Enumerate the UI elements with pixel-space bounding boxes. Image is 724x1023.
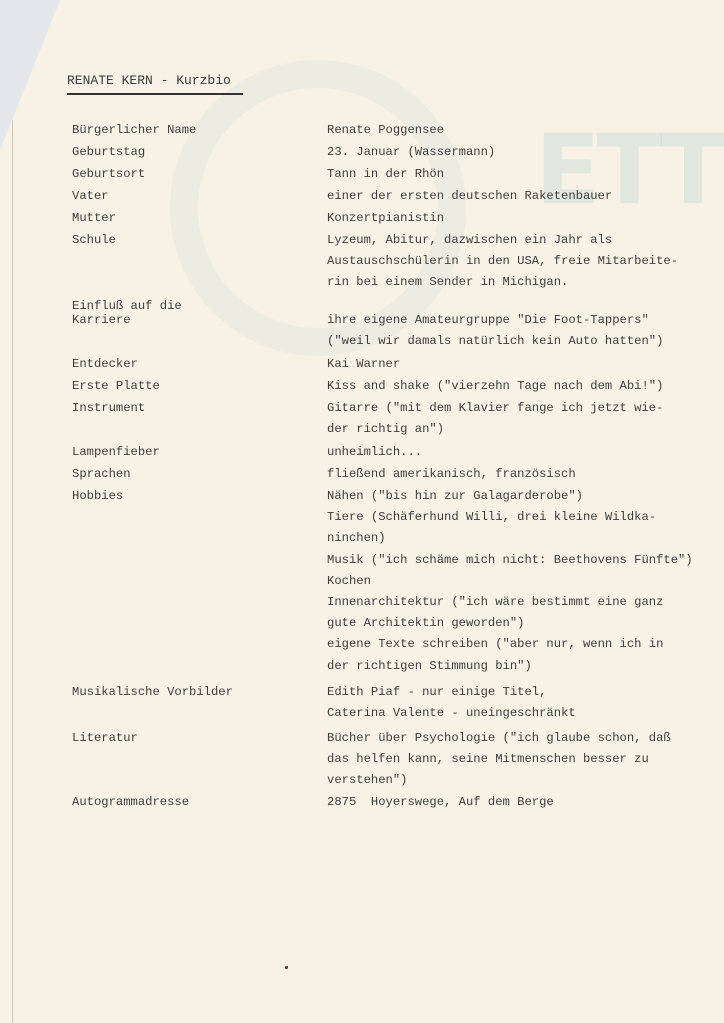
- field-value: Musik ("ich schäme mich nicht: Beethoven…: [327, 553, 693, 567]
- field-value: Kai Warner: [327, 357, 400, 371]
- field-label: Schule: [72, 233, 116, 247]
- field-label: Hobbies: [72, 489, 123, 503]
- field-label: Einfluß auf die Karriere: [72, 299, 182, 327]
- title-underline: [67, 93, 243, 95]
- field-value: Kochen: [327, 574, 371, 588]
- field-label: Literatur: [72, 731, 138, 745]
- field-label: Geburtstag: [72, 145, 145, 159]
- field-label: Bürgerlicher Name: [72, 123, 196, 137]
- field-label: Entdecker: [72, 357, 138, 371]
- document-title: RENATE KERN - Kurzbio: [67, 73, 231, 88]
- field-value: 2875 Hoyerswege, Auf dem Berge: [327, 795, 554, 809]
- field-label: Autogrammadresse: [72, 795, 189, 809]
- field-value: fließend amerikanisch, französisch: [327, 467, 576, 481]
- field-value: Tann in der Rhön: [327, 167, 444, 181]
- field-value: der richtig an"): [327, 422, 444, 436]
- field-value: verstehen"): [327, 773, 407, 787]
- field-value: Austauschschülerin in den USA, freie Mit…: [327, 254, 678, 268]
- folded-corner: [0, 0, 60, 150]
- field-value: Tiere (Schäferhund Willi, drei kleine Wi…: [327, 510, 656, 524]
- field-value: Kiss and shake ("vierzehn Tage nach dem …: [327, 379, 663, 393]
- field-value: Konzertpianistin: [327, 211, 444, 225]
- field-label: Lampenfieber: [72, 445, 160, 459]
- field-label: Instrument: [72, 401, 145, 415]
- show-through-logo-circle: [170, 60, 466, 356]
- field-value: ninchen): [327, 531, 386, 545]
- paper-speck: [285, 966, 288, 969]
- field-value: Lyzeum, Abitur, dazwischen ein Jahr als: [327, 233, 612, 247]
- field-label: Erste Platte: [72, 379, 160, 393]
- field-value: Bücher über Psychologie ("ich glaube sch…: [327, 731, 671, 745]
- field-label: Mutter: [72, 211, 116, 225]
- page-edge: [12, 120, 13, 1023]
- field-value: ("weil wir damals natürlich kein Auto ha…: [327, 334, 663, 348]
- field-value: unheimlich...: [327, 445, 422, 459]
- field-value: rin bei einem Sender in Michigan.: [327, 275, 568, 289]
- field-label: Sprachen: [72, 467, 131, 481]
- field-value: gute Architektin geworden"): [327, 616, 524, 630]
- field-label: Vater: [72, 189, 109, 203]
- field-value: Nähen ("bis hin zur Galagarderobe"): [327, 489, 583, 503]
- field-value: der richtigen Stimmung bin"): [327, 659, 532, 673]
- field-label: Geburtsort: [72, 167, 145, 181]
- scanned-page: ETTER RENATE KERN - Kurzbio Bürgerlicher…: [0, 0, 724, 1023]
- field-value: Edith Piaf - nur einige Titel,: [327, 685, 546, 699]
- field-value: Renate Poggensee: [327, 123, 444, 137]
- show-through-logo: ETTER: [535, 115, 724, 225]
- field-value: Gitarre ("mit dem Klavier fange ich jetz…: [327, 401, 663, 415]
- field-value: 23. Januar (Wassermann): [327, 145, 495, 159]
- field-label: Musikalische Vorbilder: [72, 685, 233, 699]
- field-value: einer der ersten deutschen Raketenbauer: [327, 189, 612, 203]
- field-value: Innenarchitektur ("ich wäre bestimmt ein…: [327, 595, 663, 609]
- field-value: eigene Texte schreiben ("aber nur, wenn …: [327, 637, 663, 651]
- field-value: ihre eigene Amateurgruppe "Die Foot-Tapp…: [327, 313, 649, 327]
- field-value: das helfen kann, seine Mitmenschen besse…: [327, 752, 649, 766]
- field-value: Caterina Valente - uneingeschränkt: [327, 706, 576, 720]
